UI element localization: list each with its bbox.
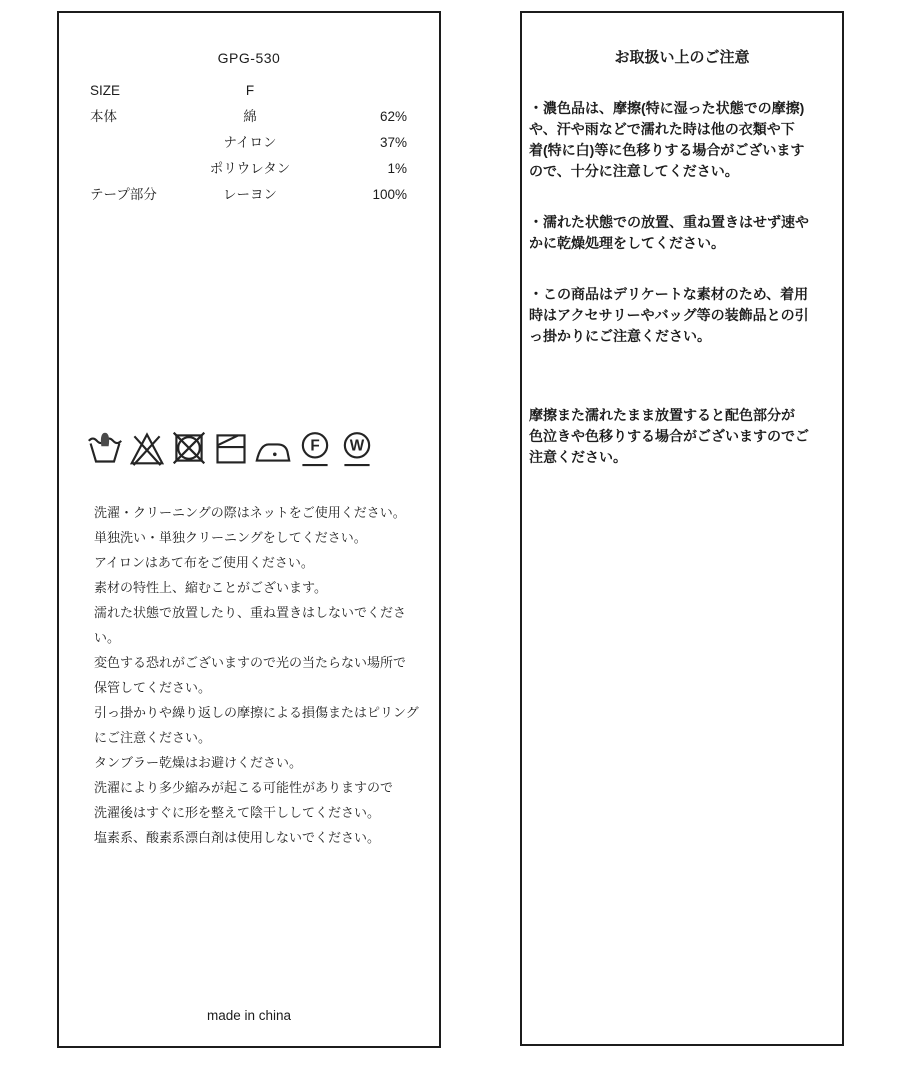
dry-clean-f-gentle-icon: F [297, 428, 333, 468]
do-not-tumble-dry-icon [171, 428, 207, 468]
comp-percent: 37% [322, 134, 407, 151]
svg-text:F: F [310, 438, 319, 455]
svg-text:W: W [350, 438, 365, 455]
care-instructions: 洗濯・クリーニングの際はネットをご使用ください。 単独洗い・単独クリーニングをし… [94, 500, 434, 850]
composition-panel: GPG-530 SIZE F 本体 綿 62% ナイロン 37% ポリウレタン … [57, 11, 441, 1048]
notice-paragraph: 摩擦また濡れたまま放置すると配色部分が 色泣きや色移りする場合がございますのでご… [522, 405, 842, 468]
comp-material: ナイロン [178, 134, 322, 151]
notice-paragraph: ・濡れた状態での放置、重ね置きはせず速や かに乾燥処理をしてください。 [522, 212, 842, 254]
comp-material: ポリウレタン [178, 160, 322, 177]
comp-part: 本体 [90, 108, 178, 125]
size-label: SIZE [90, 82, 178, 99]
dry-flat-in-shade-icon [213, 428, 249, 468]
size-percent-empty [322, 82, 407, 99]
handling-notice-panel: お取扱い上のご注意 ・濃色品は、摩擦(特に湿った状態での摩擦) や、汗や雨などで… [520, 11, 844, 1046]
product-code: GPG-530 [59, 50, 439, 66]
comp-percent: 100% [322, 186, 407, 203]
hand-wash-icon [87, 428, 123, 468]
do-not-bleach-icon [129, 428, 165, 468]
country-of-origin: made in china [59, 1008, 439, 1023]
size-value: F [178, 82, 322, 99]
comp-part [90, 134, 178, 151]
care-label-sheet: GPG-530 SIZE F 本体 綿 62% ナイロン 37% ポリウレタン … [0, 0, 923, 1080]
comp-part: テープ部分 [90, 186, 178, 203]
comp-percent: 62% [322, 108, 407, 125]
comp-material: レーヨン [178, 186, 322, 203]
comp-percent: 1% [322, 160, 407, 177]
iron-low-heat-icon [255, 428, 291, 468]
notice-paragraph: ・濃色品は、摩擦(特に湿った状態での摩擦) や、汗や雨などで濡れた時は他の衣類や… [522, 98, 842, 182]
notice-paragraph: ・この商品はデリケートな素材のため、着用 時はアクセサリーやバッグ等の装飾品との… [522, 284, 842, 347]
comp-part [90, 160, 178, 177]
wet-clean-w-gentle-icon: W [339, 428, 375, 468]
notice-title: お取扱い上のご注意 [522, 46, 842, 67]
comp-material: 綿 [178, 108, 322, 125]
composition-table: SIZE F 本体 綿 62% ナイロン 37% ポリウレタン 1% テープ部分… [90, 82, 407, 203]
care-symbols-row: F W [87, 428, 375, 468]
